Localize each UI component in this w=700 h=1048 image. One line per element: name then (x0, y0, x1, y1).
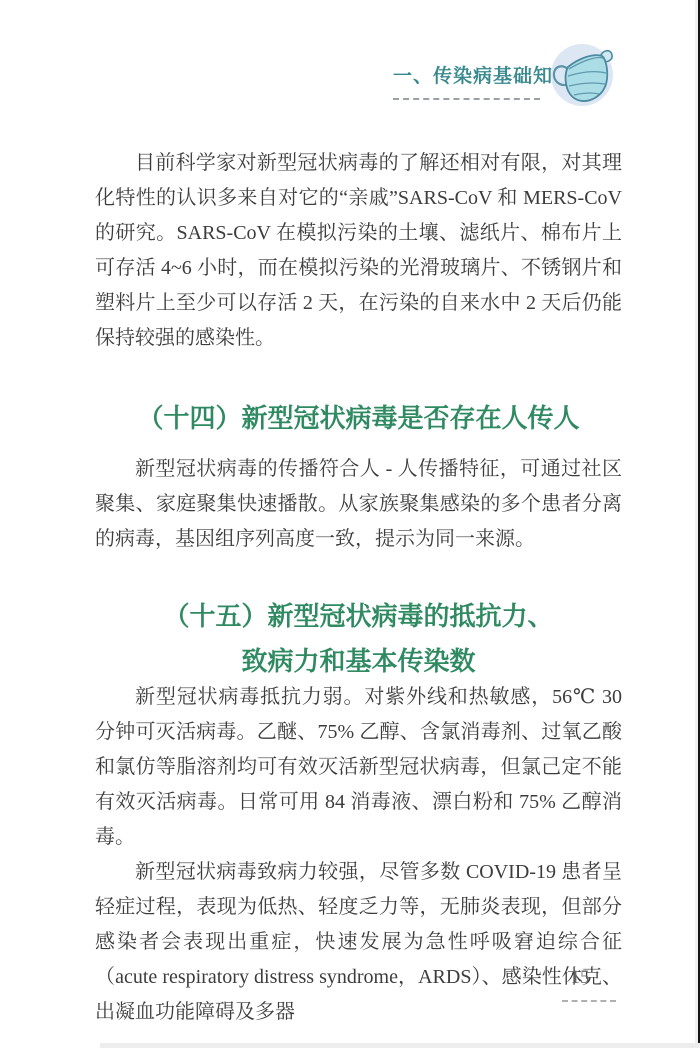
section-14-paragraph: 新型冠状病毒的传播符合人 - 人传播特征，可通过社区聚集、家庭聚集快速播散。从家… (95, 452, 622, 557)
page-bottom-edge (100, 1043, 700, 1048)
section-15-heading-line-2: 致病力和基本传染数 (95, 639, 622, 684)
section-14-heading: （十四）新型冠状病毒是否存在人传人 (95, 396, 622, 441)
page-number-underline (562, 1000, 616, 1002)
section-15-paragraph-1: 新型冠状病毒抵抗力弱。对紫外线和热敏感，56℃ 30 分钟可灭活病毒。乙醚、75… (95, 680, 622, 855)
section-14-body: 新型冠状病毒的传播符合人 - 人传播特征，可通过社区聚集、家庭聚集快速播散。从家… (95, 452, 622, 557)
chapter-title: 一、传染病基础知识 (393, 64, 573, 90)
intro-paragraph: 目前科学家对新型冠状病毒的了解还相对有限，对其理化特性的认识多来自对它的“亲戚”… (95, 146, 622, 356)
section-15-heading: （十五）新型冠状病毒的抵抗力、 致病力和基本传染数 (95, 594, 622, 684)
intro-section: 目前科学家对新型冠状病毒的了解还相对有限，对其理化特性的认识多来自对它的“亲戚”… (95, 146, 622, 356)
section-15-body: 新型冠状病毒抵抗力弱。对紫外线和热敏感，56℃ 30 分钟可灭活病毒。乙醚、75… (95, 680, 622, 1030)
book-page: 一、传染病基础知识 目前科学家对新型冠状病毒的了解还相对有限，对其理化特性的认识… (0, 0, 700, 1048)
chapter-title-underline (393, 98, 540, 100)
face-mask-icon (549, 42, 615, 108)
section-15-heading-line-1: （十五）新型冠状病毒的抵抗力、 (95, 594, 622, 639)
page-number: 15 (552, 966, 608, 990)
chapter-header: 一、传染病基础知识 (393, 64, 573, 100)
section-15-paragraph-2: 新型冠状病毒致病力较强，尽管多数 COVID-19 患者呈轻症过程，表现为低热、… (95, 855, 622, 1030)
